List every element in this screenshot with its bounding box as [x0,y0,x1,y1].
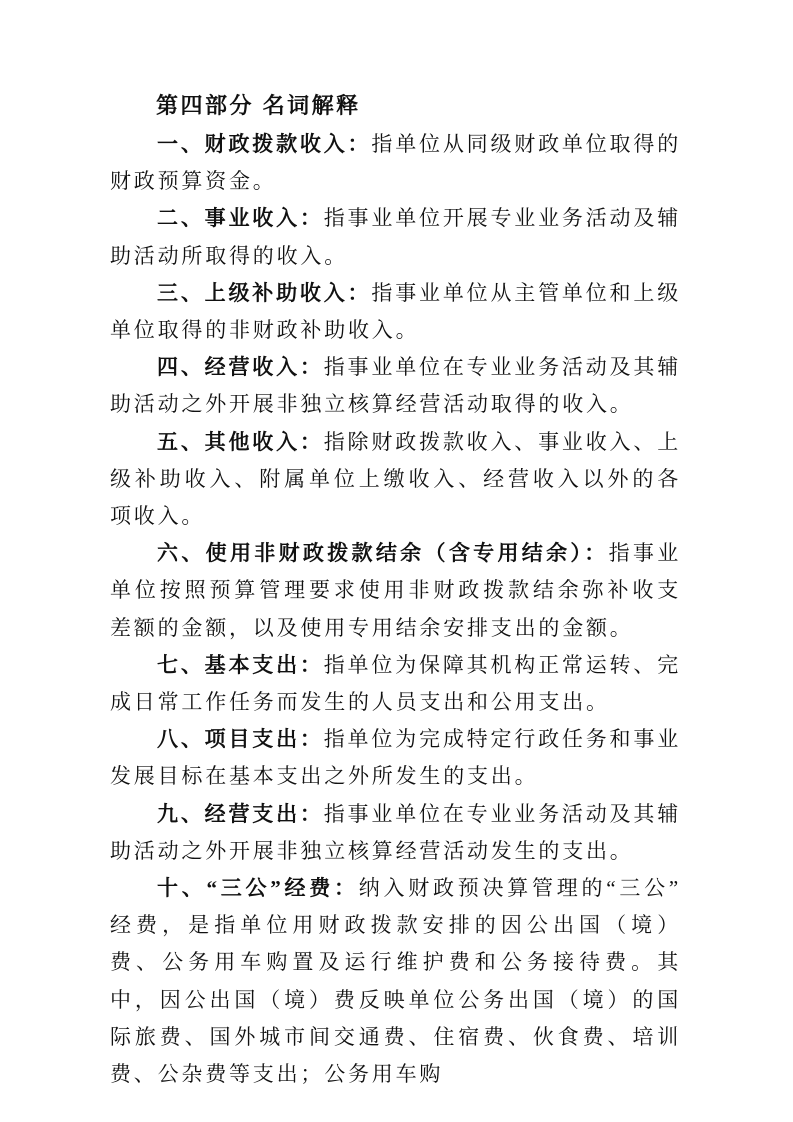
term-label: 一、财政拨款收入： [157,132,371,156]
definition-paragraph-5: 五、其他收入：指除财政拨款收入、事业收入、上级补助收入、附属单位上缴收入、经营收… [110,424,681,536]
term-label: 五、其他收入： [157,430,324,454]
document-page: 第四部分 名词解释 一、财政拨款收入：指单位从同级财政单位取得的财政预算资金。 … [0,0,793,1122]
term-label: 六、使用非财政拨款结余（含专用结余）： [157,541,609,565]
term-label: 四、经营收入： [157,355,324,379]
definition-paragraph-1: 一、财政拨款收入：指单位从同级财政单位取得的财政预算资金。 [110,126,681,200]
definition-paragraph-10: 十、“三公”经费：纳入财政预决算管理的“三公”经费，是指单位用财政拨款安排的因公… [110,870,681,1093]
term-label: 九、经营支出： [157,802,324,826]
definition-paragraph-6: 六、使用非财政拨款结余（含专用结余）：指事业单位按照预算管理要求使用非财政拨款结… [110,535,681,647]
term-label: 二、事业收入： [157,206,324,230]
term-label: 十、“三公”经费： [157,876,359,900]
definition-paragraph-3: 三、上级补助收入：指事业单位从主管单位和上级单位取得的非财政补助收入。 [110,275,681,349]
definition-paragraph-7: 七、基本支出：指单位为保障其机构正常运转、完成日常工作任务而发生的人员支出和公用… [110,647,681,721]
definition-paragraph-9: 九、经营支出：指事业单位在专业业务活动及其辅助活动之外开展非独立核算经营活动发生… [110,796,681,870]
term-label: 八、项目支出： [157,727,324,751]
definition-text: 纳入财政预决算管理的“三公”经费，是指单位用财政拨款安排的因公出国（境）费、公务… [110,876,681,1086]
definition-paragraph-4: 四、经营收入：指事业单位在专业业务活动及其辅助活动之外开展非独立核算经营活动取得… [110,349,681,423]
definition-paragraph-2: 二、事业收入：指事业单位开展专业业务活动及辅助活动所取得的收入。 [110,200,681,274]
definition-paragraph-8: 八、项目支出：指单位为完成特定行政任务和事业发展目标在基本支出之外所发生的支出。 [110,721,681,795]
term-label: 七、基本支出： [157,653,324,677]
section-heading: 第四部分 名词解释 [110,90,681,122]
term-label: 三、上级补助收入： [157,281,371,305]
